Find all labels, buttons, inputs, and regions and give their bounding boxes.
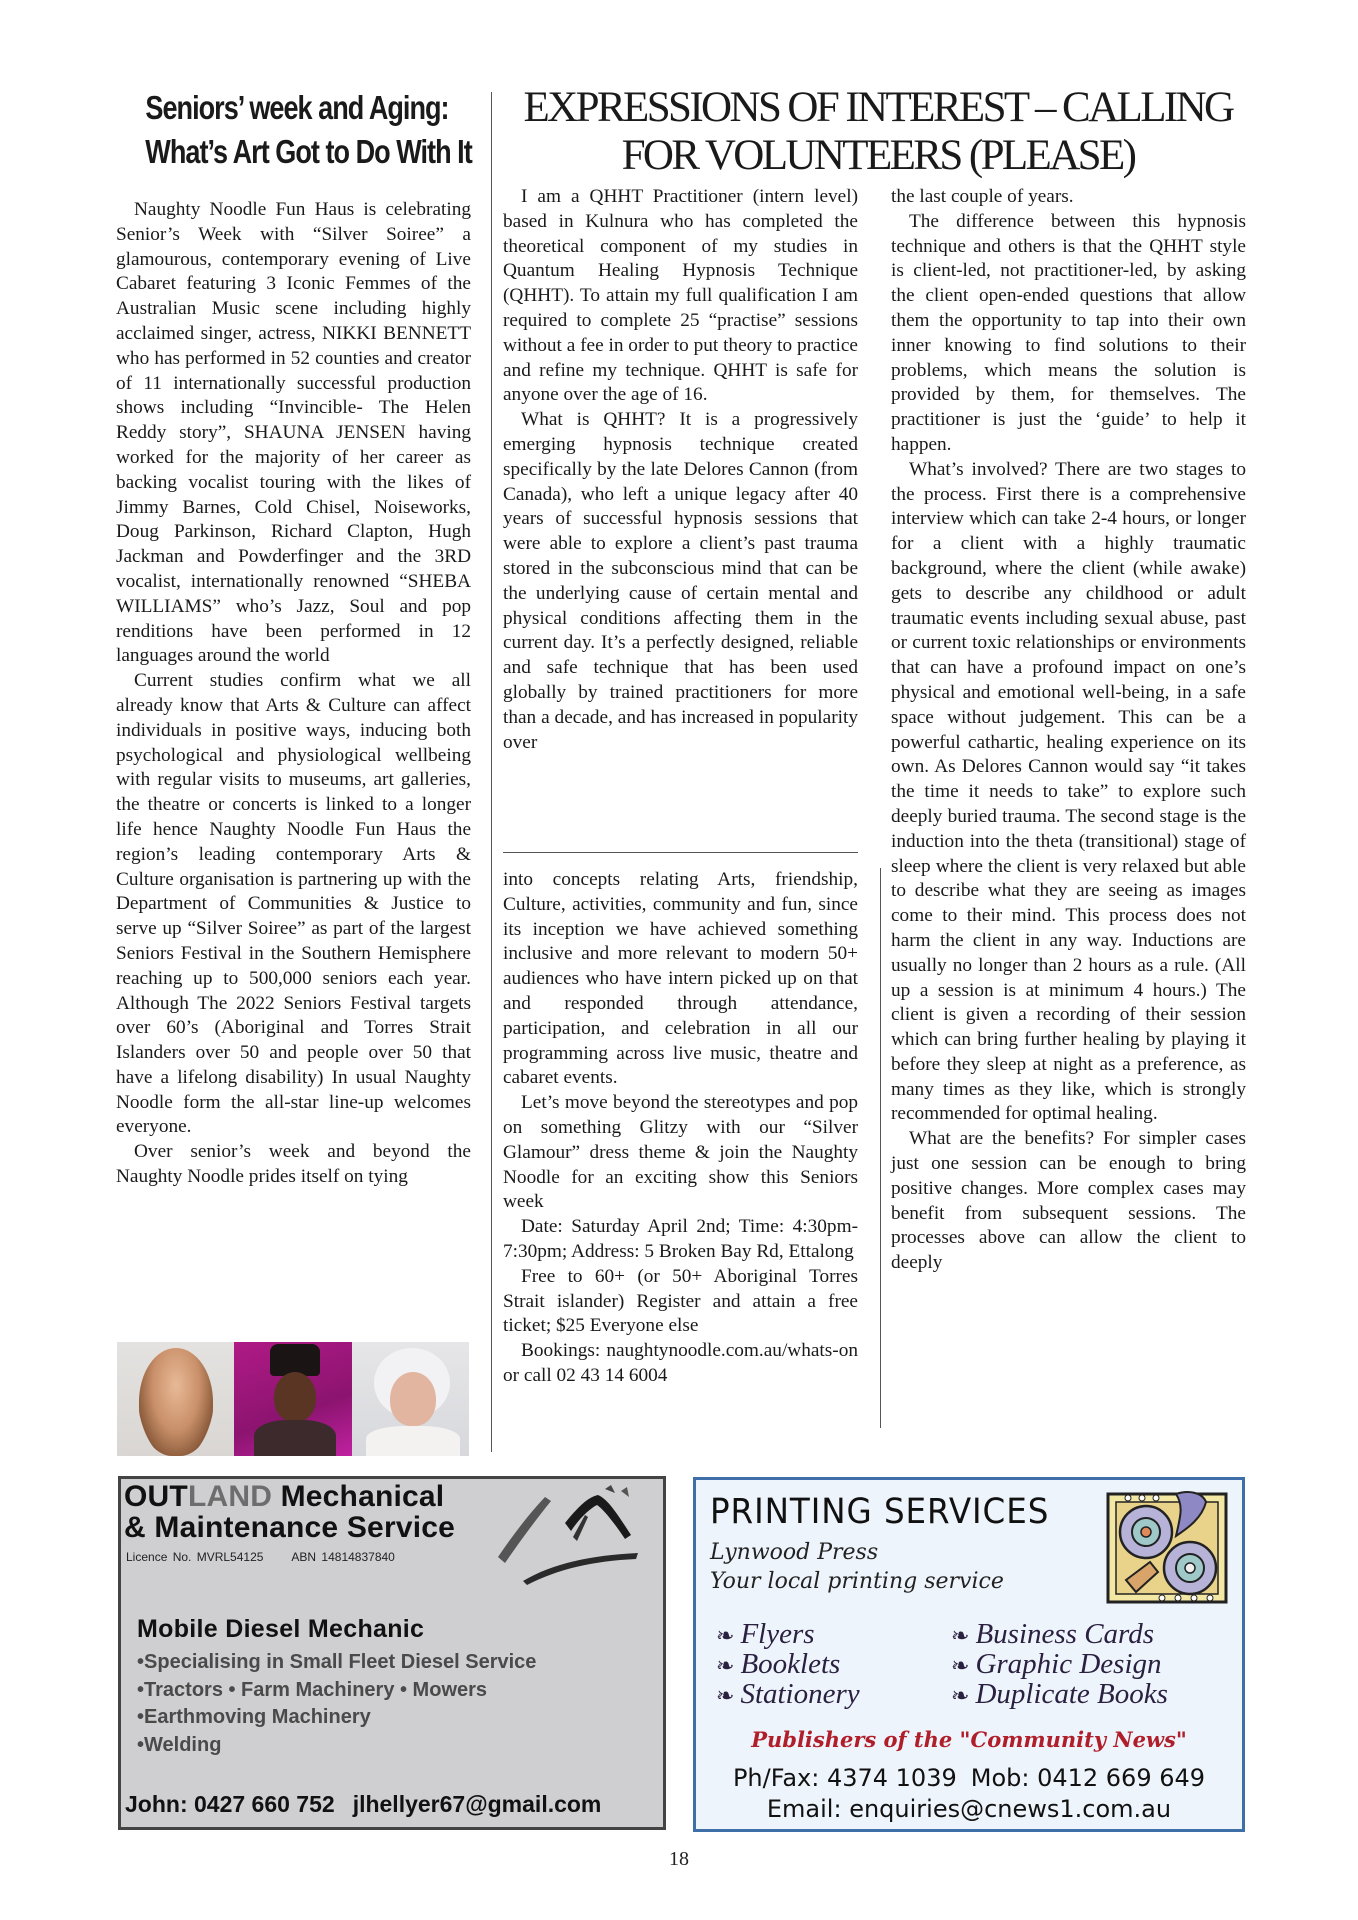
event-date-details: Date: Saturday April 2nd; Time: 4:30pm-7… xyxy=(503,1215,858,1265)
printing-company: Lynwood Press xyxy=(710,1540,878,1565)
page-number: 18 xyxy=(0,1848,1358,1871)
printing-services-ad: PRINTING SERVICES Lynwood Press Your loc… xyxy=(693,1477,1245,1832)
headline-line-1: EXPRESSIONS OF INTEREST – CALLING xyxy=(498,84,1258,132)
performer-photo-3 xyxy=(352,1342,469,1456)
service-item: ❧Stationery xyxy=(716,1680,860,1710)
article-headline-volunteers: EXPRESSIONS OF INTEREST – CALLING FOR VO… xyxy=(498,84,1258,180)
printing-services-left: ❧Flyers ❧Booklets ❧Stationery xyxy=(716,1620,860,1710)
service-item: ❧Flyers xyxy=(716,1620,860,1650)
performer-photo-1 xyxy=(117,1342,234,1456)
performer-photo-2 xyxy=(234,1342,351,1456)
service-item: ❧Graphic Design xyxy=(951,1650,1168,1680)
article-paragraph: The difference between this hypnosis tec… xyxy=(891,210,1246,458)
service-item: Welding xyxy=(137,1732,536,1760)
event-bookings: Bookings: naughtynoodle.com.au/whats-on … xyxy=(503,1339,858,1389)
publishers-tagline: Publishers of the "Community News" xyxy=(696,1727,1242,1752)
outland-licence-info: Licence No. MVRL54125ABN 14814837840 xyxy=(126,1550,395,1564)
outland-email: jlhellyer67@gmail.com xyxy=(353,1791,602,1817)
qhht-article-column-1: I am a QHHT Practitioner (intern level) … xyxy=(503,185,858,755)
article-paragraph: What are the benefits? For simpler cases… xyxy=(891,1127,1246,1276)
fleuron-bullet-icon: ❧ xyxy=(716,1683,734,1708)
seniors-article-continued: into concepts relating Arts, friendship,… xyxy=(503,868,858,1389)
printing-email: Email: enquiries@cnews1.com.au xyxy=(696,1795,1242,1823)
service-item: ❧Business Cards xyxy=(951,1620,1168,1650)
performer-photos xyxy=(117,1342,469,1456)
service-item: Tractors • Farm Machinery • Mowers xyxy=(137,1677,536,1705)
mountain-logo-icon xyxy=(493,1485,643,1585)
outland-mechanical-ad: OUTLAND Mechanical & Maintenance Service… xyxy=(118,1476,666,1830)
service-item: Earthmoving Machinery xyxy=(137,1704,536,1732)
printing-phone-line: Ph/Fax: 4374 1039Mob: 0412 669 649 xyxy=(696,1764,1242,1792)
qhht-article-column-2: the last couple of years. The difference… xyxy=(891,185,1246,1276)
seniors-article-column: Naughty Noodle Fun Haus is celebrating S… xyxy=(116,198,471,1190)
service-item: ❧Booklets xyxy=(716,1650,860,1680)
column-divider xyxy=(880,868,881,1428)
printing-tagline: Your local printing service xyxy=(710,1569,1004,1594)
fleuron-bullet-icon: ❧ xyxy=(951,1623,969,1648)
abn-number: ABN 14814837840 xyxy=(291,1550,394,1564)
printing-mobile: Mob: 0412 669 649 xyxy=(971,1764,1205,1792)
article-paragraph: Current studies confirm what we all alre… xyxy=(116,669,471,1140)
article-paragraph: Naughty Noodle Fun Haus is celebrating S… xyxy=(116,198,471,669)
service-item: Specialising in Small Fleet Diesel Servi… xyxy=(137,1649,536,1677)
article-paragraph: into concepts relating Arts, friendship,… xyxy=(503,868,858,1091)
article-paragraph: What’s involved? There are two stages to… xyxy=(891,458,1246,1128)
printing-services-right: ❧Business Cards ❧Graphic Design ❧Duplica… xyxy=(951,1620,1168,1710)
outland-title: OUTLAND Mechanical & Maintenance Service xyxy=(124,1481,455,1543)
article-paragraph: What is QHHT? It is a progressively emer… xyxy=(503,408,858,755)
fleuron-bullet-icon: ❧ xyxy=(716,1623,734,1648)
outland-contact: John: 0427 660 752jlhellyer67@gmail.com xyxy=(125,1791,601,1818)
outland-phone: John: 0427 660 752 xyxy=(125,1791,335,1817)
fleuron-bullet-icon: ❧ xyxy=(951,1653,969,1678)
article-paragraph: Let’s move beyond the stereotypes and po… xyxy=(503,1091,858,1215)
printing-press-logo-icon xyxy=(1106,1488,1232,1608)
column-divider xyxy=(491,92,492,1452)
article-paragraph: I am a QHHT Practitioner (intern level) … xyxy=(503,185,858,408)
outland-subtitle: Mobile Diesel Mechanic xyxy=(137,1615,424,1644)
licence-number: Licence No. MVRL54125 xyxy=(126,1550,263,1564)
printing-phone: Ph/Fax: 4374 1039 xyxy=(733,1764,957,1792)
section-divider xyxy=(503,852,858,853)
fleuron-bullet-icon: ❧ xyxy=(716,1653,734,1678)
article-paragraph: the last couple of years. xyxy=(891,185,1246,210)
service-item: ❧Duplicate Books xyxy=(951,1680,1168,1710)
headline-line-2: FOR VOLUNTEERS (PLEASE) xyxy=(498,132,1258,180)
article-headline-seniors-week: Seniors’ week and Aging: What’s Art Got … xyxy=(145,86,448,174)
outland-services-list: Specialising in Small Fleet Diesel Servi… xyxy=(137,1649,536,1759)
article-paragraph: Over senior’s week and beyond the Naught… xyxy=(116,1140,471,1190)
printing-title: PRINTING SERVICES xyxy=(710,1492,1049,1532)
fleuron-bullet-icon: ❧ xyxy=(951,1683,969,1708)
headline-line-2: What’s Art Got to Do With It xyxy=(145,130,448,174)
event-ticket-details: Free to 60+ (or 50+ Aboriginal Torres St… xyxy=(503,1265,858,1339)
headline-line-1: Seniors’ week and Aging: xyxy=(145,86,448,130)
